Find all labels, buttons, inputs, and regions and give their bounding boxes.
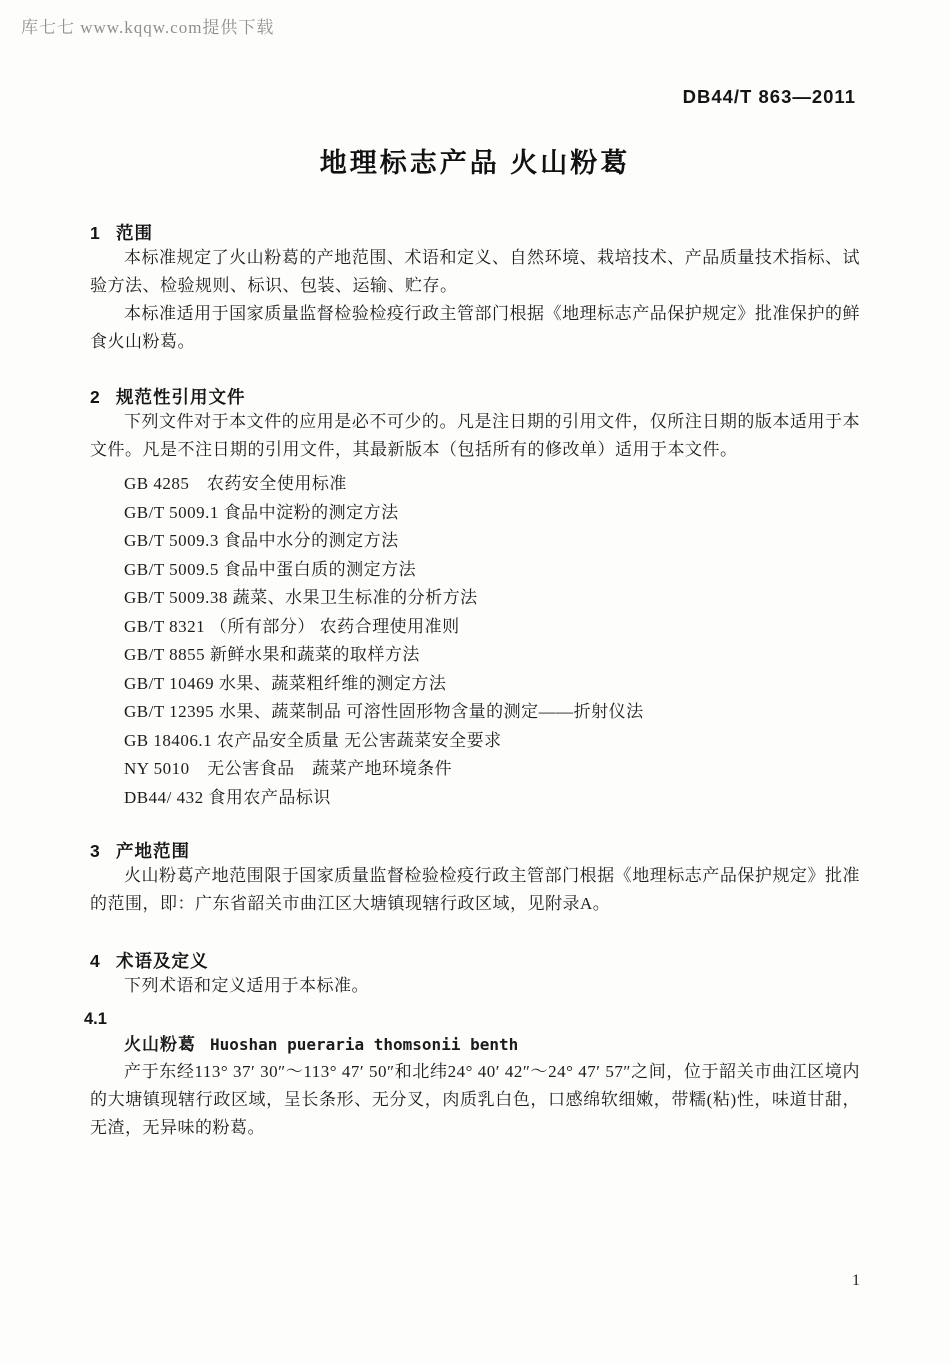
term-number: 4.1 (84, 1006, 860, 1032)
origin-range-paragraph: 火山粉葛产地范围限于国家质量监督检验检疫行政主管部门根据《地理标志产品保护规定》… (90, 862, 860, 918)
term-name-cn: 火山粉葛 (124, 1035, 196, 1054)
normative-ref-item: GB/T 8855 新鲜水果和蔬菜的取样方法 (124, 641, 860, 670)
term-line: 火山粉葛Huoshan pueraria thomsonii benth (124, 1032, 860, 1058)
normative-refs-list: GB 4285 农药安全使用标准 GB/T 5009.1 食品中淀粉的测定方法 … (90, 470, 860, 812)
section-1-number: 1 (90, 222, 116, 244)
section-4-heading: 4术语及定义 (90, 950, 860, 972)
term-name-en: Huoshan pueraria thomsonii benth (210, 1035, 518, 1054)
normative-ref-item: GB/T 5009.5 食品中蛋白质的测定方法 (124, 556, 860, 585)
normative-ref-item: GB/T 5009.1 食品中淀粉的测定方法 (124, 499, 860, 528)
normative-ref-item: GB/T 8321 （所有部分） 农药合理使用准则 (124, 613, 860, 642)
page-number: 1 (852, 1272, 860, 1290)
normative-ref-item: GB 4285 农药安全使用标准 (124, 470, 860, 499)
section-3-heading: 3产地范围 (90, 840, 860, 862)
section-3-number: 3 (90, 840, 116, 862)
normative-ref-item: GB/T 12395 水果、蔬菜制品 可溶性固形物含量的测定——折射仪法 (124, 698, 860, 727)
page-content: 地理标志产品 火山粉葛 1范围 本标准规定了火山粉葛的产地范围、术语和定义、自然… (90, 0, 860, 1142)
document-title: 地理标志产品 火山粉葛 (90, 146, 860, 180)
section-3-heading-label: 产地范围 (116, 841, 190, 861)
normative-refs-intro: 下列文件对于本文件的应用是必不可少的。凡是注日期的引用文件，仅所注日期的版本适用… (90, 408, 860, 464)
scope-paragraph-2: 本标准适用于国家质量监督检验检疫行政主管部门根据《地理标志产品保护规定》批准保护… (90, 300, 860, 356)
normative-ref-item: NY 5010 无公害食品 蔬菜产地环境条件 (124, 755, 860, 784)
section-2-heading: 2规范性引用文件 (90, 386, 860, 408)
normative-ref-item: GB 18406.1 农产品安全质量 无公害蔬菜安全要求 (124, 727, 860, 756)
scope-paragraph-1: 本标准规定了火山粉葛的产地范围、术语和定义、自然环境、栽培技术、产品质量技术指标… (90, 244, 860, 300)
normative-ref-item: GB/T 5009.3 食品中水分的测定方法 (124, 527, 860, 556)
terms-intro: 下列术语和定义适用于本标准。 (90, 972, 860, 1000)
normative-ref-item: GB/T 10469 水果、蔬菜粗纤维的测定方法 (124, 670, 860, 699)
document-page: 库七七 www.kqqw.com提供下载 DB44/T 863—2011 地理标… (0, 0, 950, 1364)
section-4-heading-label: 术语及定义 (116, 951, 209, 971)
normative-ref-item: DB44/ 432 食用农产品标识 (124, 784, 860, 813)
section-2-heading-label: 规范性引用文件 (116, 387, 246, 407)
section-1-heading: 1范围 (90, 222, 860, 244)
term-definition: 产于东经113° 37′ 30″～113° 47′ 50″和北纬24° 40′ … (90, 1058, 860, 1142)
section-4-number: 4 (90, 950, 116, 972)
section-2-number: 2 (90, 386, 116, 408)
normative-ref-item: GB/T 5009.38 蔬菜、水果卫生标准的分析方法 (124, 584, 860, 613)
section-1-heading-label: 范围 (116, 223, 153, 243)
